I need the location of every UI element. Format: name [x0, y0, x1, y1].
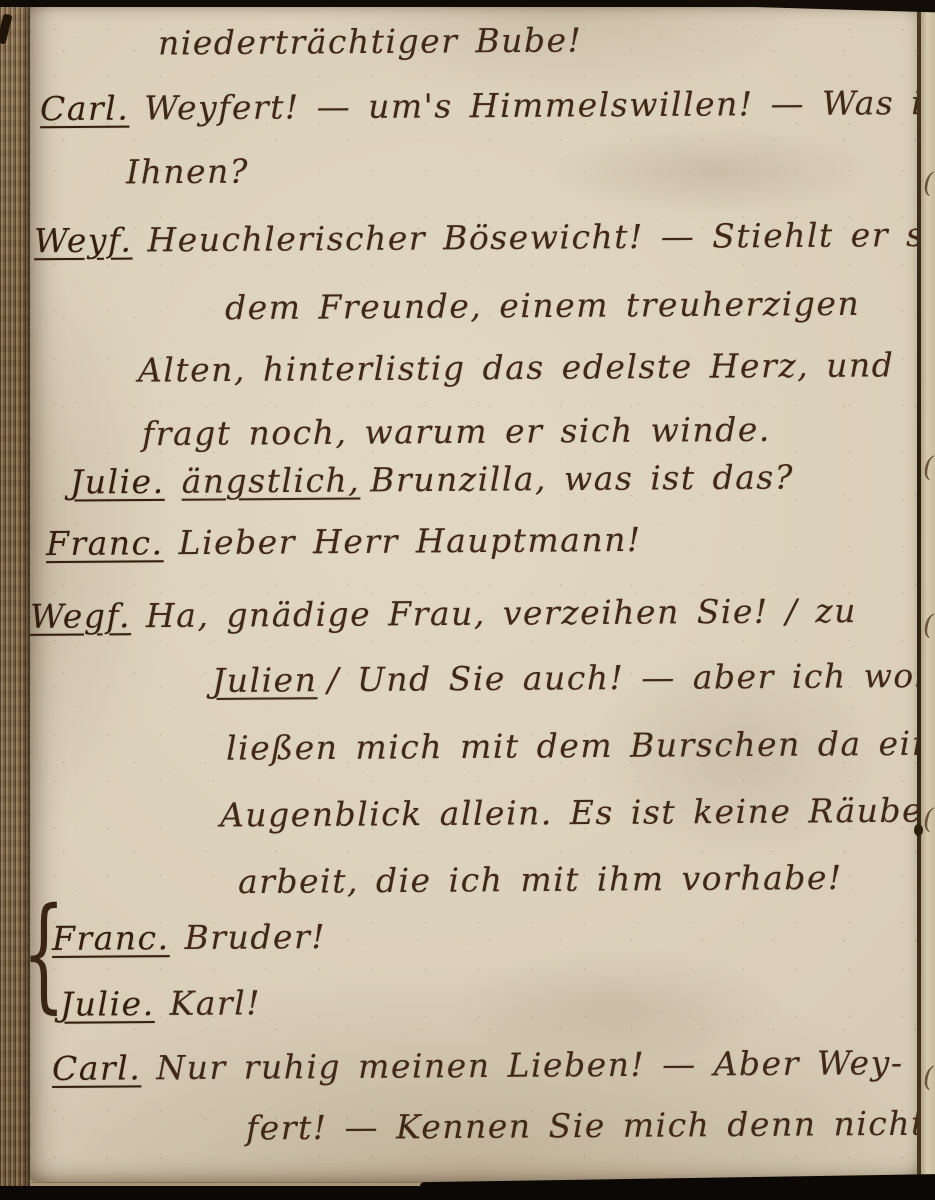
line-text: Nur ruhig meinen Lieben! — Aber Wey-: [156, 1043, 903, 1087]
line-text: fragt noch, warum er sich winde.: [142, 410, 771, 453]
manuscript-line: fragt noch, warum er sich winde.: [142, 410, 771, 454]
manuscript-line: niederträchtiger Bube!: [158, 21, 583, 64]
next-page-edge: ( ( ( ( (: [921, 0, 935, 1192]
line-text: fert! — Kennen Sie mich denn nicht?: [246, 1104, 920, 1148]
manuscript-page: { niederträchtiger Bube! Carl.Weyfert! —…: [28, 6, 920, 1182]
manuscript-line: Franc.Lieber Herr Hauptmann!: [46, 520, 642, 564]
speaker-label: Wegf.: [30, 596, 131, 636]
speaker-label: Julie.: [60, 984, 155, 1024]
speaker-label: Carl.: [40, 89, 130, 129]
line-text: Augenblick allein. Es ist keine Räuber-: [220, 790, 920, 834]
book-binding-gutter: [0, 0, 30, 1192]
manuscript-line: Augenblick allein. Es ist keine Räuber-: [220, 790, 920, 835]
line-text: Bruder!: [184, 917, 326, 957]
line-text: Brunzilla, was ist das?: [370, 457, 794, 499]
page-edge-seam: [917, 4, 921, 1188]
manuscript-line: Julie.ängstlich,Brunzilla, was ist das?: [70, 457, 794, 502]
line-text: Weyfert! — um's Himmelswillen! — Was ist: [144, 83, 920, 128]
next-page-ink-mark: (: [923, 804, 934, 835]
line-text: niederträchtiger Bube!: [158, 21, 583, 63]
stage-direction: ängstlich,: [181, 461, 360, 501]
next-page-ink-mark: (: [923, 452, 934, 483]
manuscript-line: Franc.Bruder!: [52, 917, 326, 959]
manuscript-line: Julien/ Und Sie auch! — aber ich wollte,…: [210, 655, 920, 701]
next-page-ink-mark: (: [923, 1062, 934, 1093]
line-text: arbeit, die ich mit ihm vorhabe!: [238, 858, 843, 901]
manuscript-line: Wegf.Ha, gnädige Frau, verzeihen Sie! / …: [30, 591, 857, 636]
stage-direction: Julien: [212, 660, 318, 700]
line-text: Alten, hinterlistig das edelste Herz, un…: [138, 345, 895, 389]
speaker-label: Julie.: [70, 462, 165, 502]
binding-thread-knot: [914, 824, 923, 836]
next-page-ink-mark: (: [923, 168, 934, 199]
line-text: Heuchlerischer Bösewicht! — Stiehlt er s…: [147, 215, 920, 260]
manuscript-line: ließen mich mit dem Burschen da einen: [226, 723, 920, 768]
speaker-label: Carl.: [52, 1048, 142, 1088]
line-text: ließen mich mit dem Burschen da einen: [226, 723, 920, 767]
line-text: Karl!: [169, 983, 261, 1023]
manuscript-line: Julie.Karl!: [60, 983, 261, 1024]
line-text: Lieber Herr Hauptmann!: [178, 520, 641, 562]
manuscript-line: Carl.Weyfert! — um's Himmelswillen! — Wa…: [40, 83, 920, 129]
manuscript-line: dem Freunde, einem treuherzigen: [225, 284, 860, 328]
manuscript-line: Ihnen?: [126, 152, 249, 192]
line-text: Ihnen?: [126, 152, 249, 192]
speaker-label: Franc.: [52, 918, 170, 958]
next-page-ink-mark: (: [923, 610, 934, 641]
manuscript-line: fert! — Kennen Sie mich denn nicht?: [246, 1104, 920, 1148]
speaker-label: Weyf.: [34, 221, 133, 261]
manuscript-line: arbeit, die ich mit ihm vorhabe!: [238, 858, 843, 902]
ink-bleed-smudge: [548, 126, 878, 216]
manuscript-line: Alten, hinterlistig das edelste Herz, un…: [138, 345, 895, 390]
scan-scene: { niederträchtiger Bube! Carl.Weyfert! —…: [0, 0, 935, 1200]
line-text: dem Freunde, einem treuherzigen: [225, 284, 860, 327]
speaker-label: Franc.: [46, 523, 164, 563]
manuscript-line: Carl.Nur ruhig meinen Lieben! — Aber Wey…: [52, 1043, 904, 1089]
line-text: / Und Sie auch! — aber ich wollte, Sie: [327, 655, 920, 699]
manuscript-scan: { "document": { "kind": "handwritten the…: [0, 0, 935, 1200]
manuscript-line: Weyf.Heuchlerischer Bösewicht! — Stiehlt…: [34, 215, 920, 261]
line-text: Ha, gnädige Frau, verzeihen Sie! / zu: [146, 591, 857, 635]
